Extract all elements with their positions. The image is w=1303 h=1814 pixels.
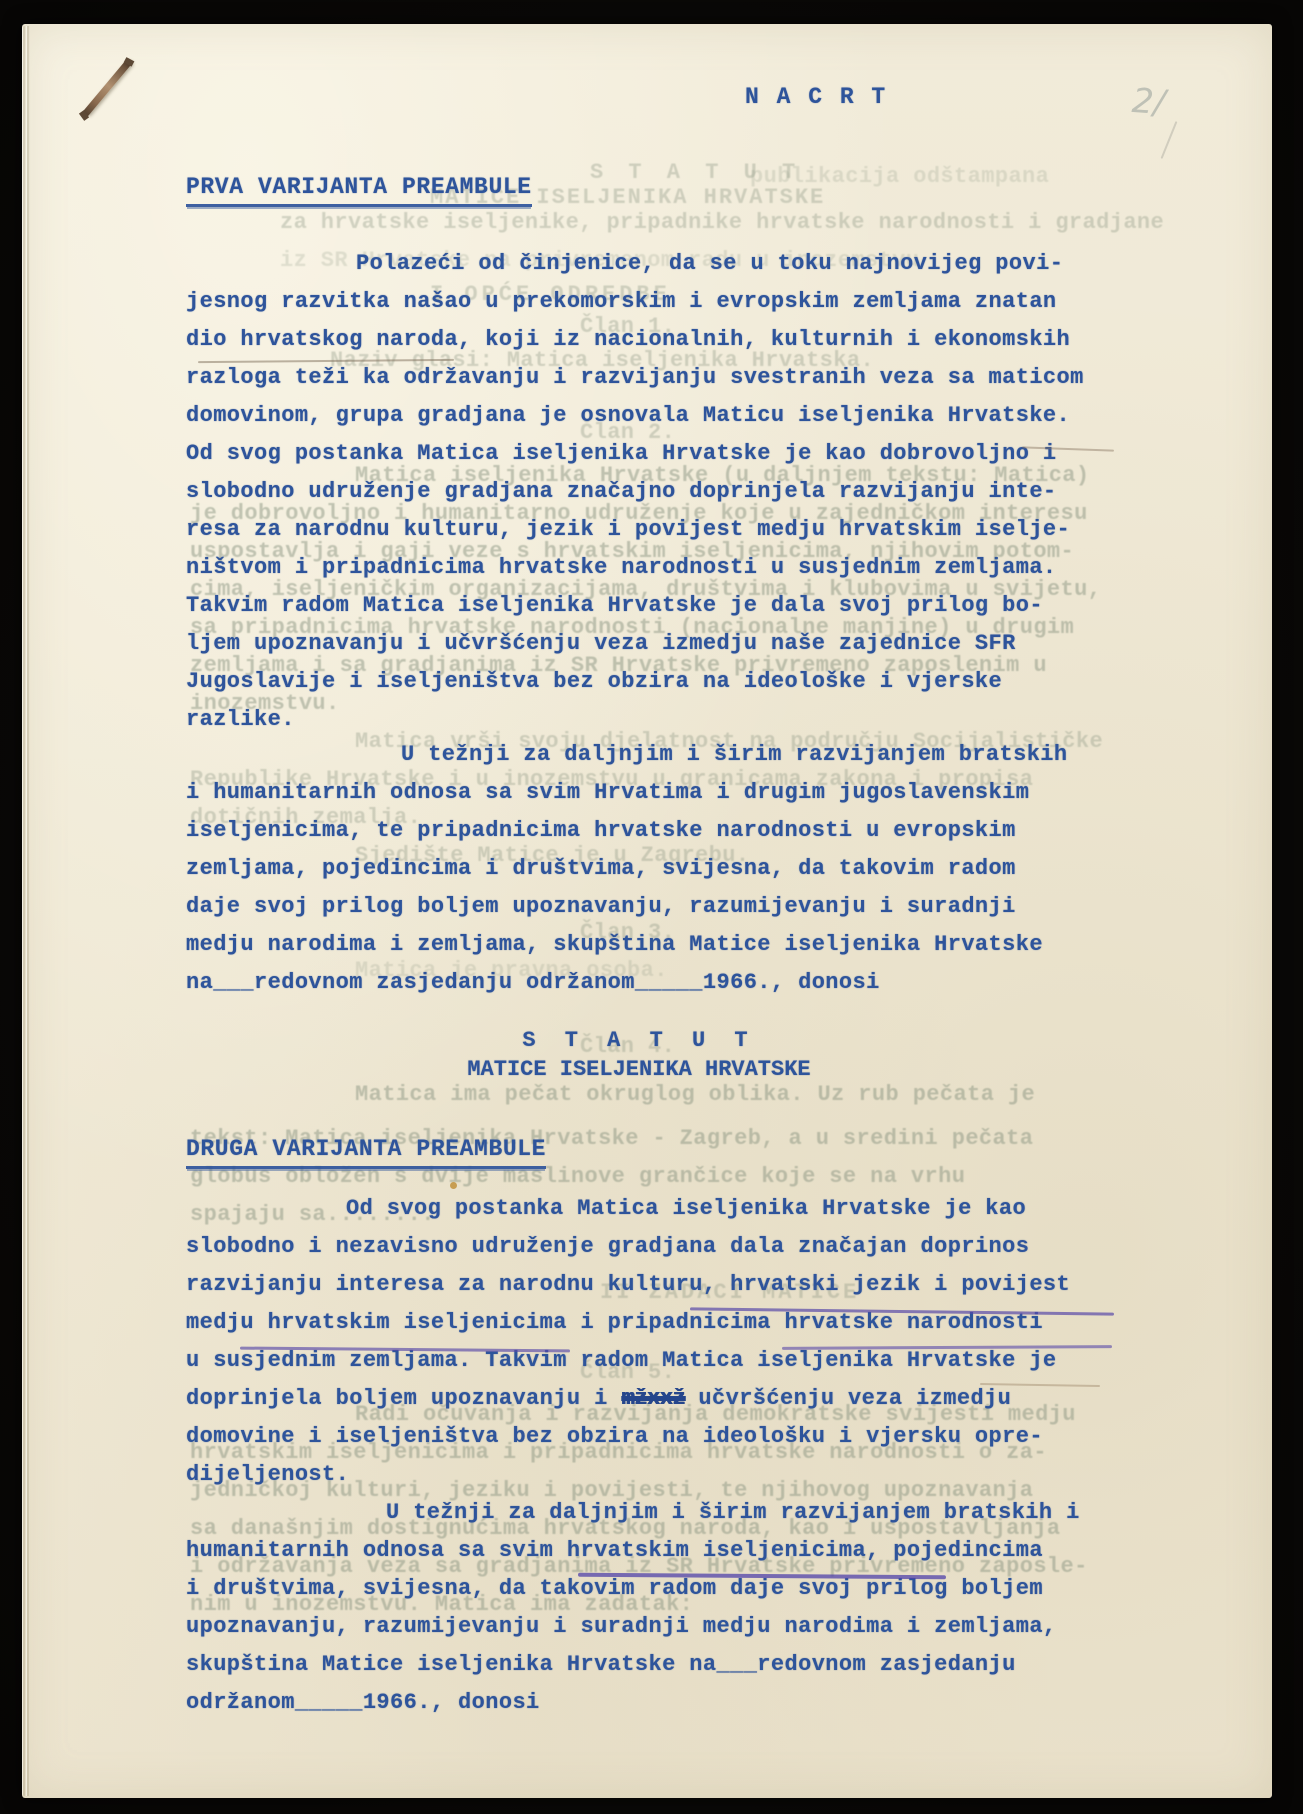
pencil-underline-hrvatske-2: [980, 1383, 1100, 1387]
document-page: S T A T U Tpublikacija odštampanaMATICE …: [22, 24, 1272, 1798]
pen-underline-hrvatskim-iseljenicima-2: [578, 1573, 946, 1580]
pencil-curve-hrvatske: [1022, 446, 1114, 451]
handwritten-marks-layer: [22, 24, 1272, 1798]
pen-underline-hrvatski-jezik-povijest: [690, 1307, 1114, 1315]
paper-speck: [450, 1182, 457, 1189]
pencil-underline-hrvatskog-naroda: [198, 359, 454, 363]
pen-underline-hrvatske-narodnosti: [782, 1345, 1112, 1350]
pen-underline-hrvatskim-iseljenicima: [240, 1347, 570, 1353]
pencil-stroke-page-corner: [1161, 121, 1178, 159]
